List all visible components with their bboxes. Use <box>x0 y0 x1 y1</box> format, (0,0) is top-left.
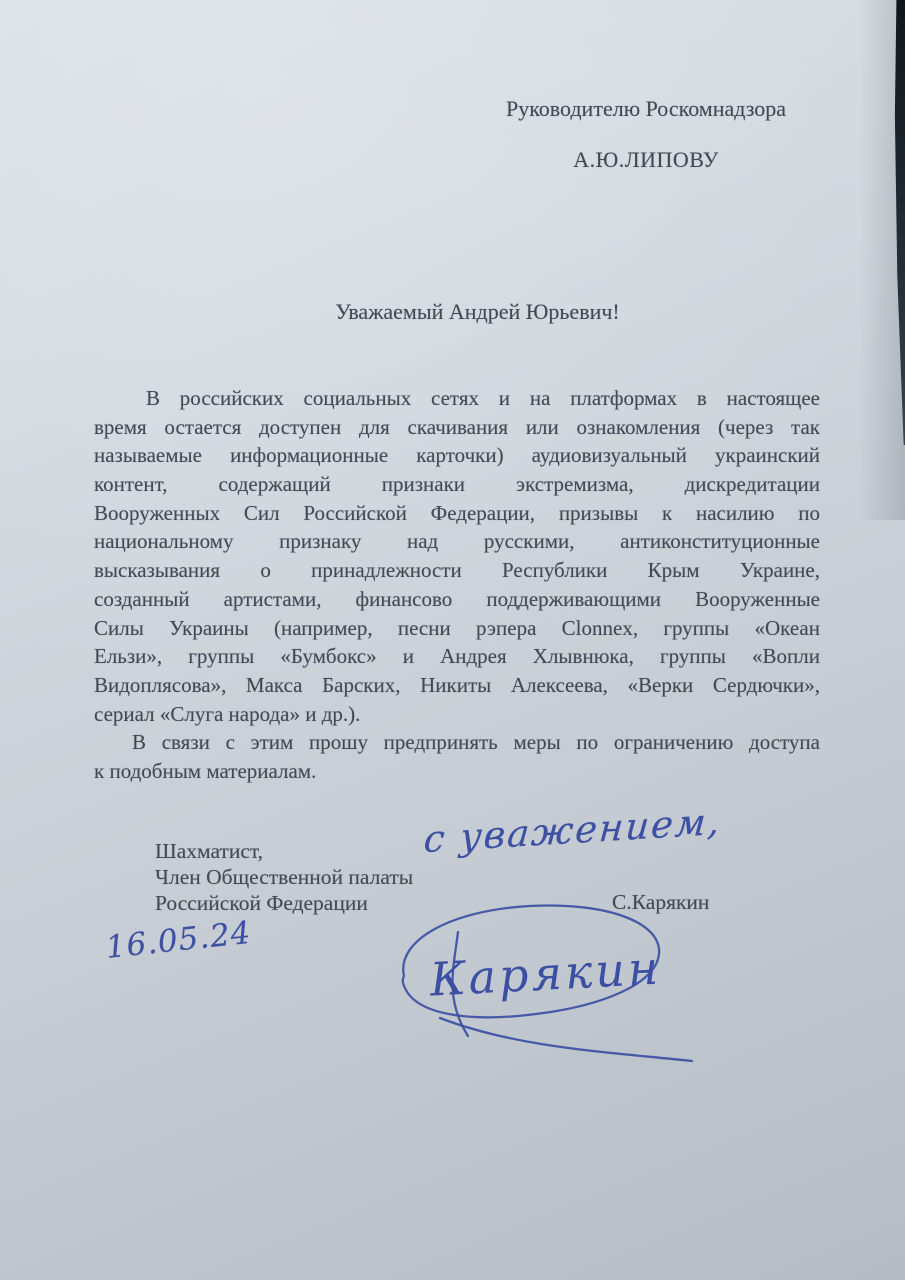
body-paragraph-2: В связи с этим прошу предпринять меры по… <box>94 728 820 785</box>
recipient-name: А.Ю.ЛИПОВУ <box>420 146 872 173</box>
body-line: Силы Украины (например, песни рэпера Clo… <box>94 614 820 643</box>
body-line: Видоплясова», Макса Барских, Никиты Алек… <box>94 671 820 700</box>
body-line: контент, содержащий признаки экстремизма… <box>94 470 820 499</box>
body-line: В российских социальных сетях и на платф… <box>94 384 820 413</box>
body-line: национальному признаку над русскими, ант… <box>94 527 820 556</box>
body-line: высказывания о принадлежности Республики… <box>94 556 820 585</box>
body-line: В связи с этим прошу предпринять меры по… <box>94 728 820 757</box>
body-line: сериал «Слуга народа» и др.). <box>94 700 820 729</box>
body-line: называемые информационные карточки) ауди… <box>94 441 820 470</box>
body-paragraph-1: В российских социальных сетях и на платф… <box>94 384 820 728</box>
handwritten-date: 16.05.24 <box>104 915 253 966</box>
salutation: Уважаемый Андрей Юрьевич! <box>250 299 705 325</box>
signer-position-line: Российской Федерации <box>155 891 413 917</box>
body-line: время остается доступен для скачивания и… <box>94 413 820 442</box>
signer-position-line: Член Общественной палаты <box>155 865 413 891</box>
paper-sheet: Руководителю Роскомнадзора А.Ю.ЛИПОВУ Ув… <box>0 0 905 1280</box>
signer-position-line: Шахматист, <box>155 839 413 865</box>
handwritten-closing: с уважением, <box>422 800 723 861</box>
signer-position-block: Шахматист, Член Общественной палаты Росс… <box>155 839 413 916</box>
body-line: к подобным материалам. <box>94 757 820 786</box>
recipient-block: Руководителю Роскомнадзора А.Ю.ЛИПОВУ <box>420 95 872 173</box>
body-line: Вооруженных Сил Российской Федерации, пр… <box>94 499 820 528</box>
letter-photo: Руководителю Роскомнадзора А.Ю.ЛИПОВУ Ув… <box>0 0 905 1280</box>
signature-tail-stroke <box>440 1018 692 1061</box>
handwritten-signature: Карякин <box>378 896 718 1071</box>
recipient-title: Руководителю Роскомнадзора <box>420 95 872 122</box>
body-line: Ельзи», группы «Бумбокс» и Андрея Хлывню… <box>94 642 820 671</box>
handwritten-signature-text: Карякин <box>428 941 663 1007</box>
body-line: созданный артистами, финансово поддержив… <box>94 585 820 614</box>
